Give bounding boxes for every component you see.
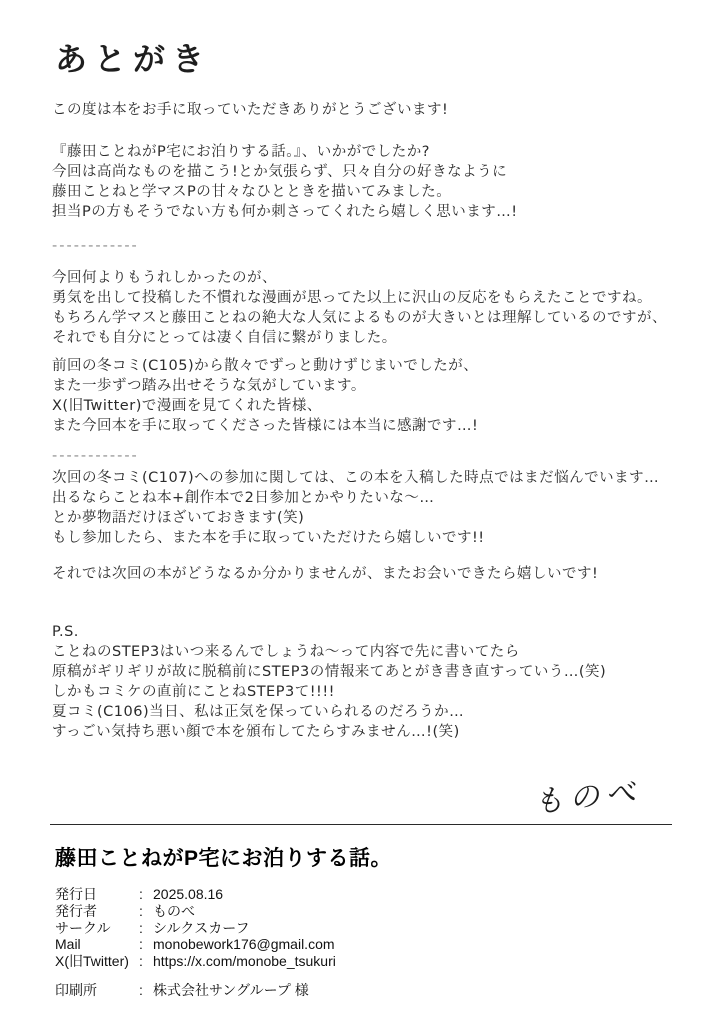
- colophon-row-publisher: 発行者 : ものべ: [55, 903, 690, 920]
- colophon-label: X(旧Twitter): [55, 953, 139, 970]
- paragraph-postscript: P.S. ことねのSTEP3はいつ来るんでしょうね〜って内容で先に書いてたら 原…: [52, 622, 700, 742]
- colophon-colon: :: [139, 982, 153, 999]
- x-twitter-url: https://x.com/monobe_tsukuri: [153, 953, 336, 970]
- dashed-separator: ------------: [52, 236, 700, 256]
- colophon-colon: :: [139, 903, 153, 920]
- circle-name: シルクスカーフ: [153, 920, 250, 937]
- colophon-row-printer: 印刷所 : 株式会社サングループ 様: [55, 982, 690, 999]
- page-title: あとがき: [55, 34, 211, 80]
- colophon-label: サークル: [55, 920, 139, 937]
- book-title: 藤田ことねがP宅にお泊りする話。: [55, 842, 690, 872]
- printer-name: 株式会社サングループ 様: [153, 982, 309, 999]
- colophon-row-mail: Mail : monobework176@gmail.com: [55, 936, 690, 953]
- author-signature: ものべ: [531, 766, 643, 821]
- paragraph-gratitude: 前回の冬コミ(C105)から散々でずっと動けずじまいでしたが、 また一歩ずつ踏み…: [52, 356, 700, 436]
- colophon-row-circle: サークル : シルクスカーフ: [55, 920, 690, 937]
- paragraph-next-comiket: 次回の冬コミ(C107)への参加に関しては、この本を入稿した時点ではまだ悩んでい…: [52, 468, 700, 548]
- afterword-body: この度は本をお手に取っていただきありがとうございます! 『藤田ことねがP宅にお泊…: [52, 100, 700, 742]
- colophon-colon: :: [139, 953, 153, 970]
- paragraph-thanks: この度は本をお手に取っていただきありがとうございます!: [52, 100, 700, 120]
- colophon-row-publish-date: 発行日 : 2025.08.16: [55, 886, 690, 903]
- publish-date: 2025.08.16: [153, 886, 223, 903]
- publisher-name: ものべ: [153, 903, 195, 920]
- colophon-colon: :: [139, 936, 153, 953]
- colophon: 藤田ことねがP宅にお泊りする話。 発行日 : 2025.08.16 発行者 : …: [55, 842, 690, 999]
- dashed-separator: ------------: [52, 446, 700, 466]
- divider-line: [50, 824, 672, 825]
- paragraph-book-intro: 『藤田ことねがP宅にお泊りする話。』、いかがでしたか? 今回は高尚なものを描こう…: [52, 142, 700, 222]
- colophon-row-x-twitter: X(旧Twitter) : https://x.com/monobe_tsuku…: [55, 953, 690, 970]
- paragraph-reactions: 今回何よりもうれしかったのが、 勇気を出して投稿した不慣れな漫画が思ってた以上に…: [52, 268, 700, 348]
- mail-address: monobework176@gmail.com: [153, 936, 335, 953]
- colophon-label: 印刷所: [55, 982, 139, 999]
- colophon-colon: :: [139, 886, 153, 903]
- colophon-label: 発行者: [55, 903, 139, 920]
- colophon-label: Mail: [55, 936, 139, 953]
- paragraph-farewell: それでは次回の本がどうなるか分かりませんが、またお会いできたら嬉しいです!: [52, 564, 700, 584]
- colophon-colon: :: [139, 920, 153, 937]
- colophon-label: 発行日: [55, 886, 139, 903]
- afterword-page: あとがき この度は本をお手に取っていただきありがとうございます! 『藤田ことねが…: [0, 0, 720, 1026]
